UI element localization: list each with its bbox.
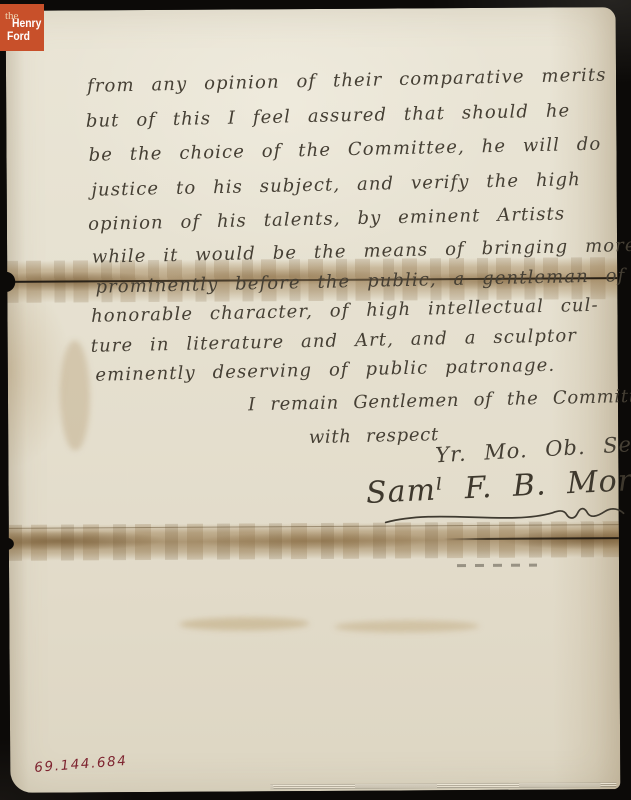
handwriting-block: from any opinion of their comparative me… <box>0 2 626 797</box>
henry-ford-logo: the Henry Ford <box>0 4 44 51</box>
handwriting-line: justice to his subject, and verify the h… <box>91 169 581 201</box>
handwriting-line: while it would be the means of bringing … <box>92 235 631 268</box>
handwriting-line: be the choice of the Committee, he will … <box>88 134 601 166</box>
closing-line: I remain Gentlemen of the Committee <box>248 385 631 415</box>
handwriting-line: prominently before the public, a gentlem… <box>95 265 625 298</box>
courtesy-abbreviation: Yr. Mo. Ob. Servt <box>435 430 631 467</box>
handwriting-line: but of this I feel assured that should h… <box>86 100 571 132</box>
signature-flourish <box>382 500 627 531</box>
logo-word-ford: Ford <box>7 32 30 44</box>
photo-background: from any opinion of their comparative me… <box>0 0 631 800</box>
valediction: with respect <box>309 424 440 448</box>
handwriting-line: from any opinion of their comparative me… <box>87 65 607 97</box>
handwriting-line: eminently deserving of public patronage. <box>95 355 555 386</box>
handwriting-line: opinion of his talents, by eminent Artis… <box>88 203 566 234</box>
letter-page: from any opinion of their comparative me… <box>6 7 621 793</box>
logo-word-henry: Henry <box>12 19 41 31</box>
handwriting-line: honorable character, of high intellectua… <box>91 295 599 327</box>
handwriting-line: ture in literature and Art, and a sculpt… <box>91 325 578 357</box>
